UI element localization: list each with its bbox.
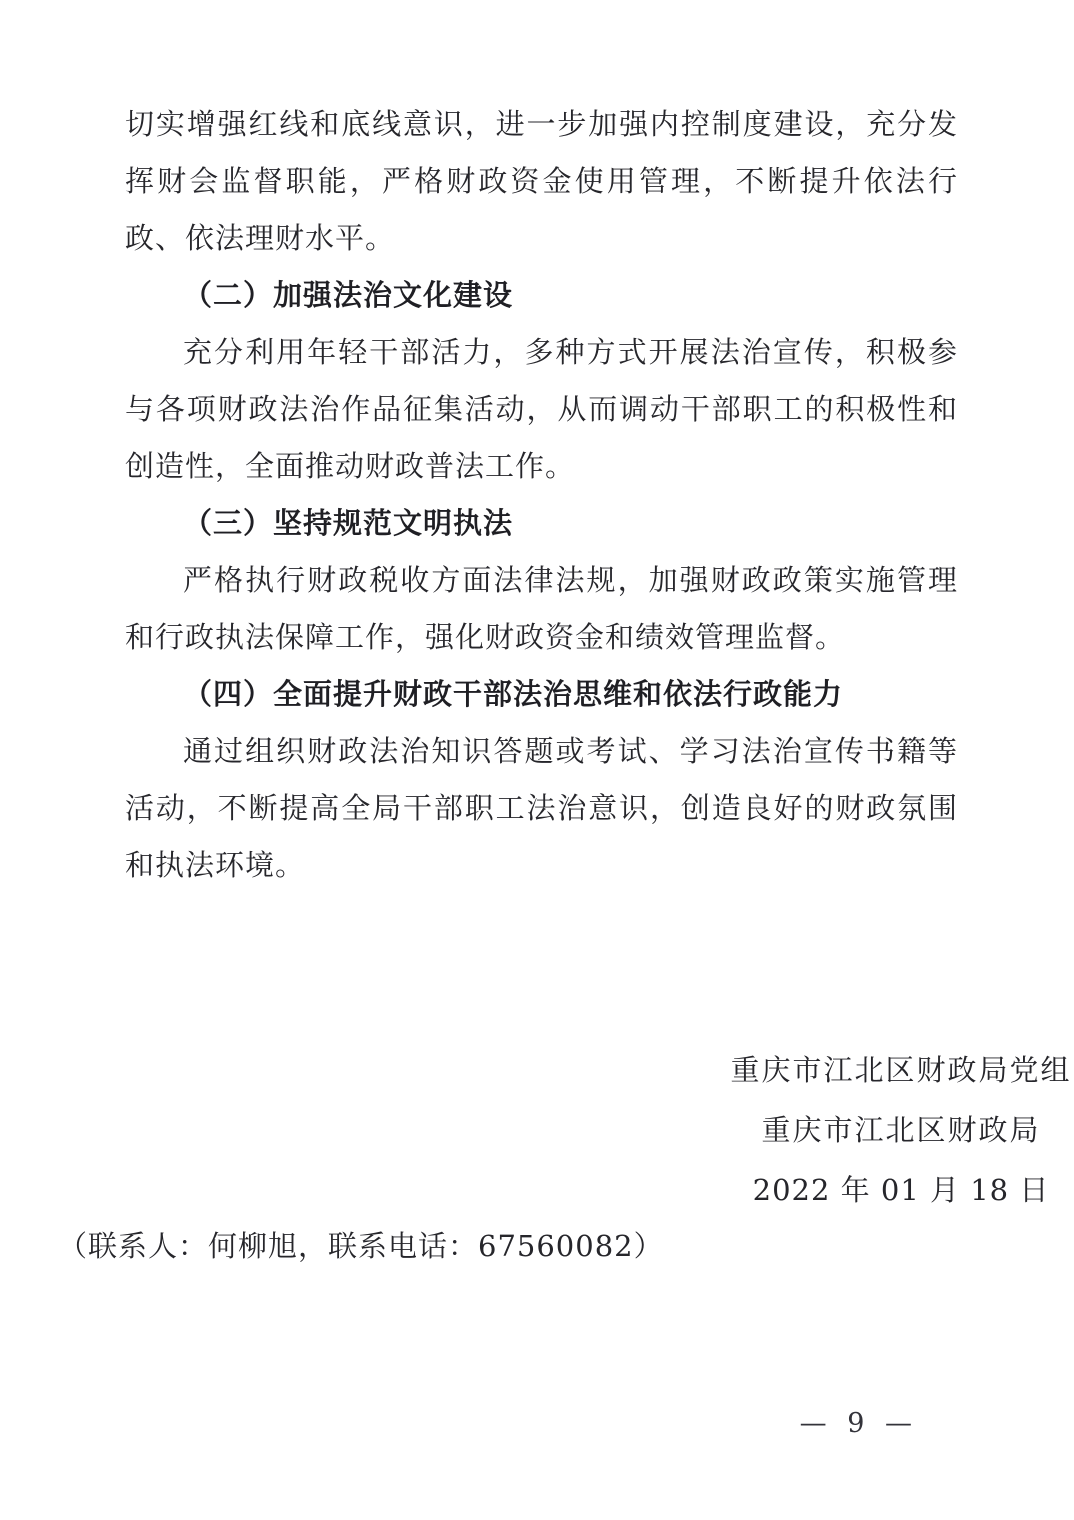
- signature-date: 2022 年 01 月 18 日: [753, 1160, 1050, 1220]
- page-number-text: — 9 —: [800, 1408, 914, 1439]
- section-heading-3: （三）坚持规范文明执法: [125, 495, 958, 552]
- body-paragraph: 通过组织财政法治知识答题或考试、学习法治宣传书籍等活动，不断提高全局干部职工法治…: [125, 723, 958, 894]
- page-number: — 9 —: [800, 1404, 914, 1444]
- body-paragraph: 严格执行财政税收方面法律法规，加强财政政策实施管理和行政执法保障工作，强化财政资…: [125, 552, 958, 666]
- body-paragraph-continuation: 切实增强红线和底线意识，进一步加强内控制度建设，充分发挥财会监督职能，严格财政资…: [125, 96, 958, 267]
- document-page: 切实增强红线和底线意识，进一步加强内控制度建设，充分发挥财会监督职能，严格财政资…: [0, 0, 1074, 1520]
- document-body: 切实增强红线和底线意识，进一步加强内控制度建设，充分发挥财会监督职能，严格财政资…: [0, 0, 1074, 894]
- contact-info: （联系人：何柳旭，联系电话：67560082）: [58, 1222, 1074, 1270]
- section-heading-4: （四）全面提升财政干部法治思维和依法行政能力: [125, 666, 958, 723]
- signature-org-party-group: 重庆市江北区财政局党组: [731, 1040, 1072, 1100]
- body-paragraph: 充分利用年轻干部活力，多种方式开展法治宣传，积极参与各项财政法治作品征集活动，从…: [125, 324, 958, 495]
- signature-org: 重庆市江北区财政局: [761, 1100, 1040, 1160]
- signature-block: 重庆市江北区财政局党组 重庆市江北区财政局 2022 年 01 月 18 日: [736, 1040, 1066, 1220]
- section-heading-2: （二）加强法治文化建设: [125, 267, 958, 324]
